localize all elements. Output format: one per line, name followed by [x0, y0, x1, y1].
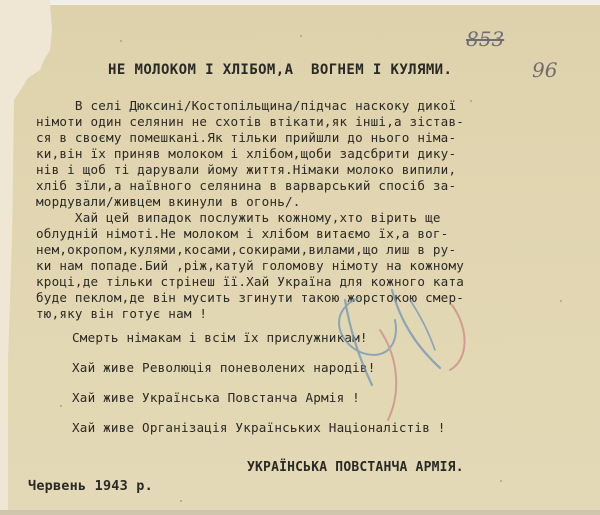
slogan-line: Хай живе Організація Українських Націона…	[72, 420, 446, 435]
body-line: кроці,де тільки стрінеш її.Хай Україна д…	[36, 274, 464, 290]
leaflet-title: НЕ МОЛОКОМ І ХЛІБОМ,А ВОГНЕМ І КУЛЯМИ.	[108, 62, 452, 78]
signature-line: УКРАЇНСЬКА ПОВСТАНЧА АРМІЯ.	[247, 460, 464, 475]
paper-speck	[470, 100, 472, 102]
body-line: облудній німоті.Не молоком і хлібом вита…	[36, 226, 448, 242]
paper-speck	[120, 40, 122, 42]
body-line: буде пеклом,де він мусить згинути такою …	[36, 290, 464, 306]
slogan-line: Хай живе Революція поневолених народів!	[72, 360, 376, 375]
paper-speck	[300, 35, 302, 37]
body-line: мордували/живцем вкинули в огонь/.	[36, 194, 301, 210]
paper-speck	[500, 480, 502, 482]
paper-speck	[560, 300, 562, 302]
body-line: ся в своєму помешкані.Як тільки прийшли …	[36, 130, 456, 146]
bottom-edge-strip	[0, 510, 600, 515]
archive-number-crossed-out: 853	[466, 27, 504, 51]
body-line: німоти один селянин не схотів втікати,як…	[36, 114, 464, 130]
body-line: В селі Дюксині/Костопільщина/підчас наск…	[36, 98, 456, 114]
paper-speck	[60, 405, 62, 407]
paper-speck	[180, 500, 182, 502]
slogan-line: Смерть німакам і всім їх прислужникам!	[72, 330, 368, 345]
body-line: нів і щоб ті дарували йому життя.Німаки …	[36, 162, 456, 178]
slogan-line: Хай живе Українська Повстанча Армія !	[72, 390, 360, 405]
date-line: Червень 1943 р.	[28, 478, 153, 494]
body-line: нем,окропом,кулями,косами,сокирами,вилам…	[36, 242, 456, 258]
scanned-document: 853 96 НЕ МОЛОКОМ І ХЛІБОМ,А ВОГНЕМ І КУ…	[0, 0, 600, 515]
body-line: хліб зїли,а наївного селянина в варварсь…	[36, 178, 456, 194]
top-edge-strip	[50, 0, 600, 5]
body-line: ки,він їх приняв молоком і хлібом,щоби з…	[36, 146, 456, 162]
archive-number-current: 96	[532, 58, 557, 82]
body-line: Хай цей випадок послужить кожному,хто ві…	[36, 210, 441, 226]
body-line: тю,яку він готує нам !	[36, 306, 207, 322]
body-line: ки нам попаде.Бий ,ріж,катуй голомову ні…	[36, 258, 464, 274]
